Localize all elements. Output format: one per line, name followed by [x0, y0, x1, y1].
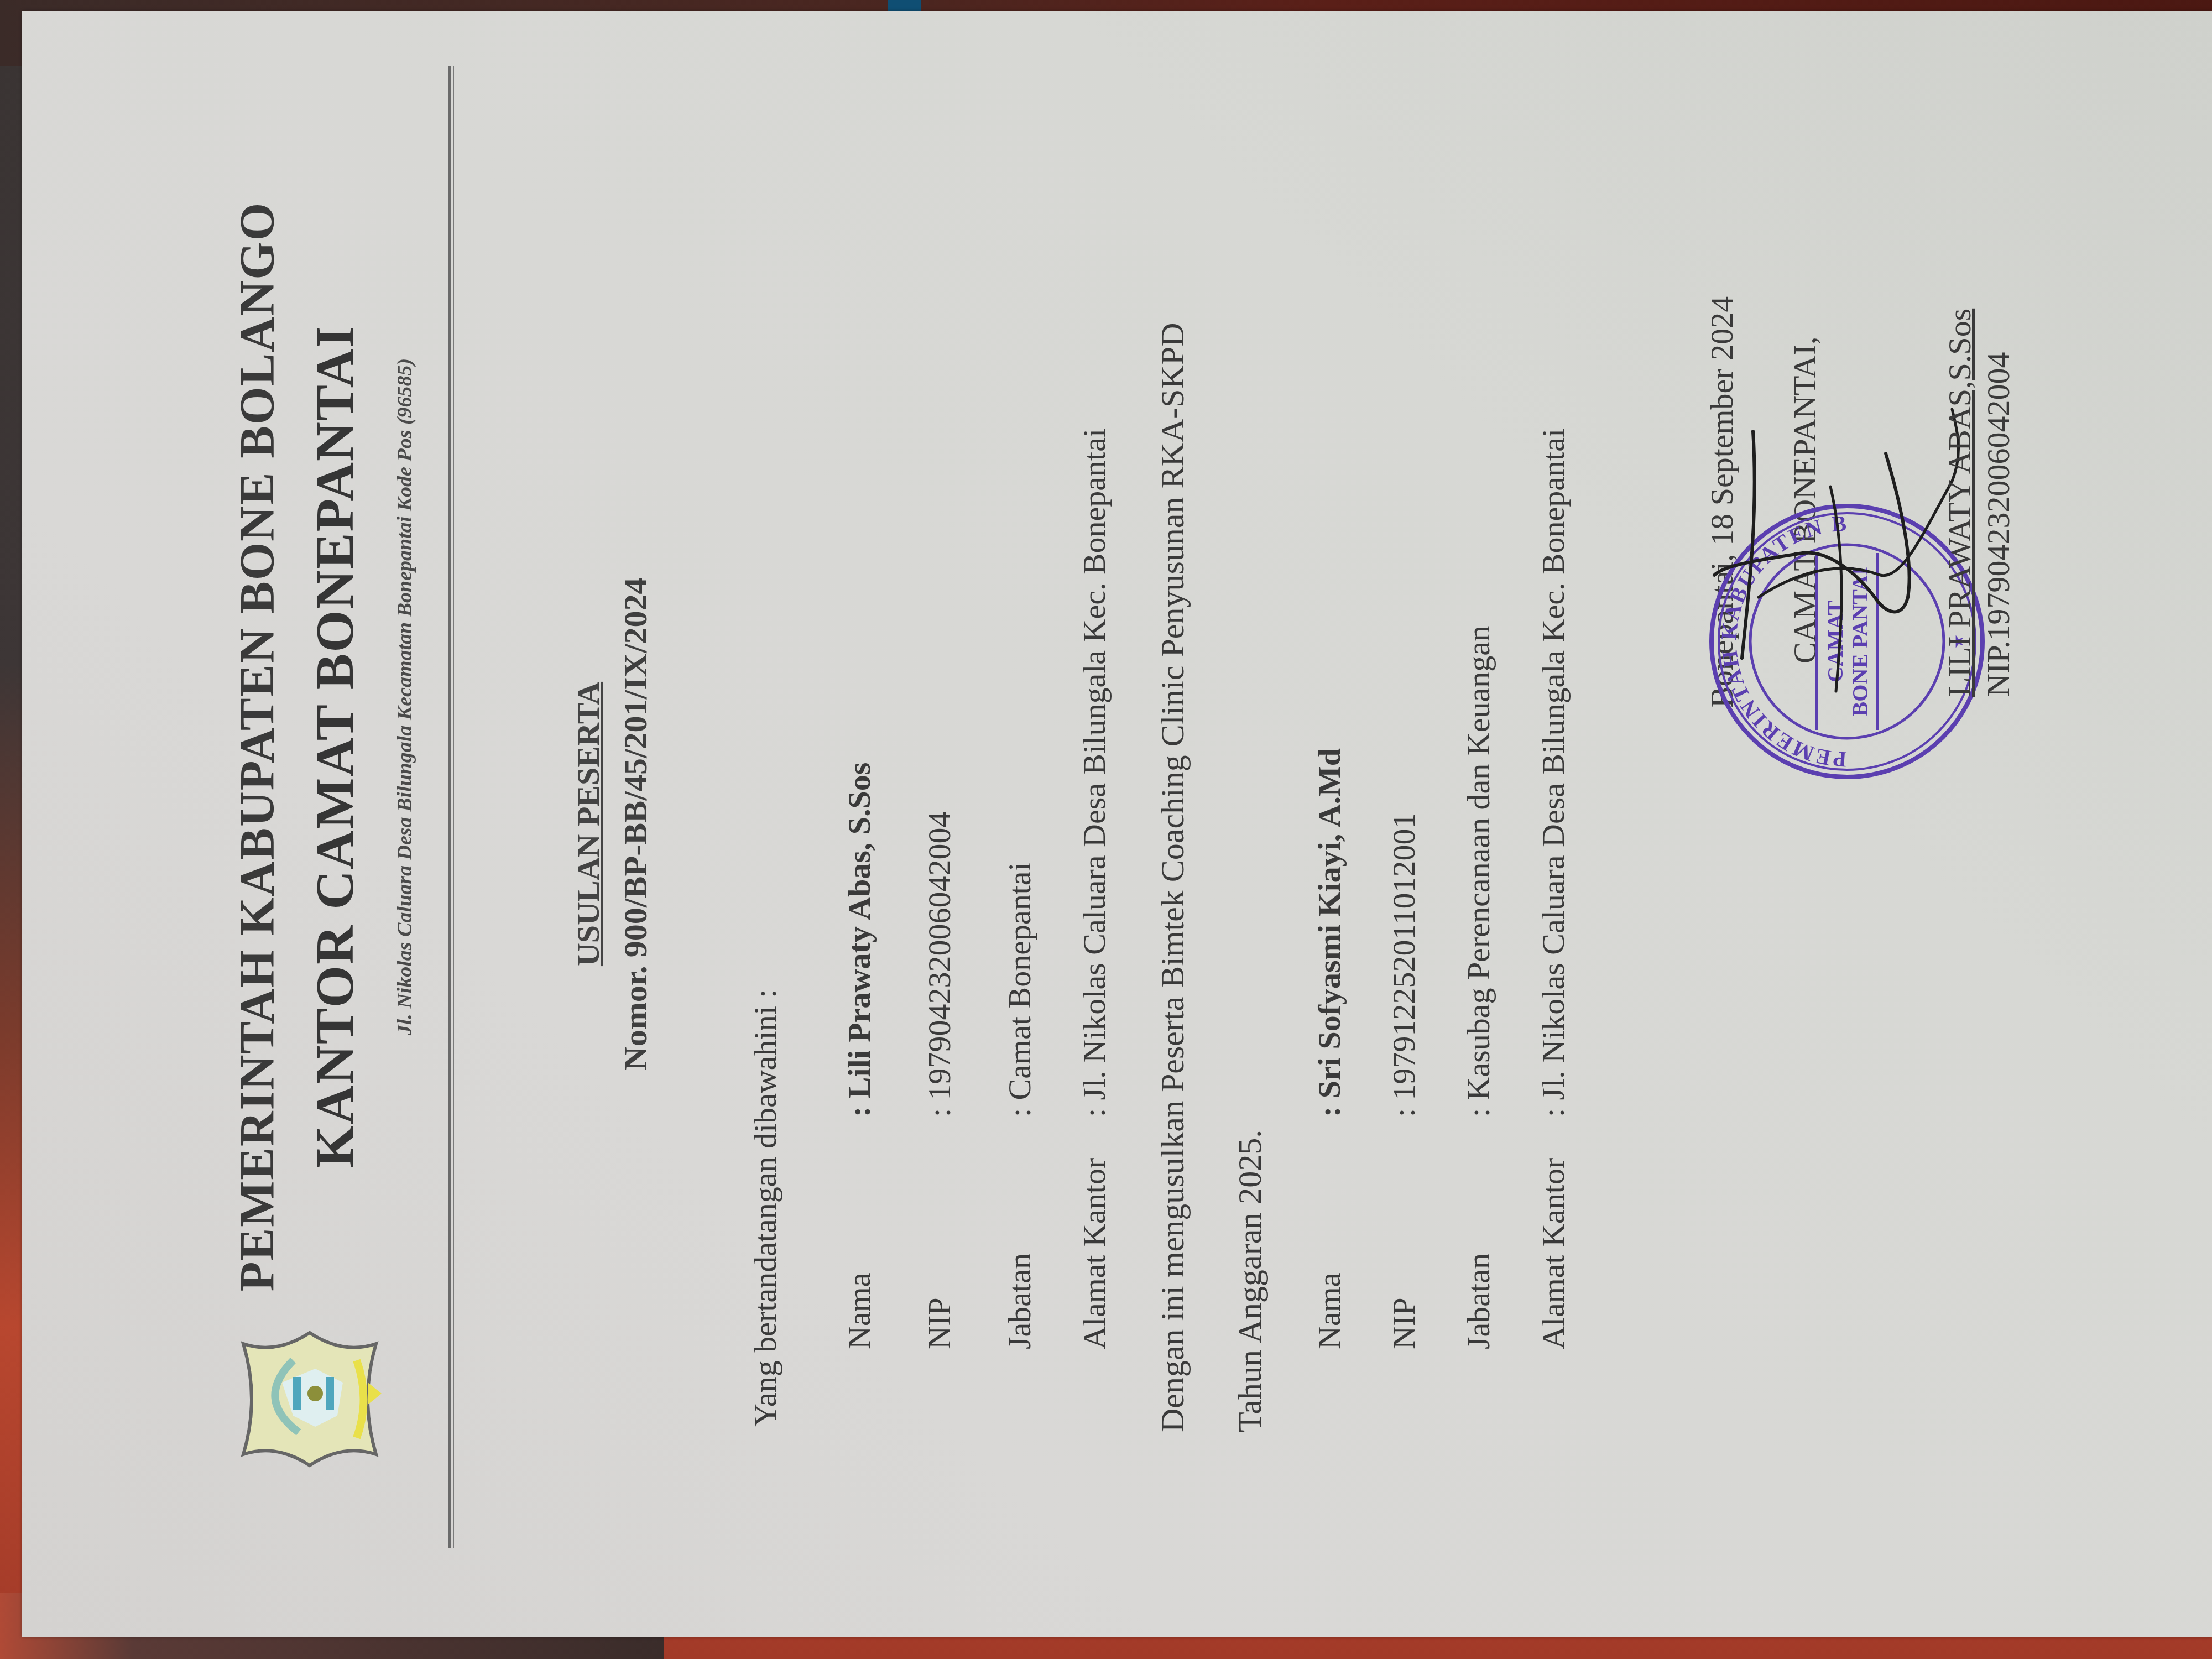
letterhead-line-office: KANTOR CAMAT BONEPANTAI — [304, 88, 366, 1405]
field-value: : Sri Sofyasmi Kiayi, A.Md — [1311, 748, 1348, 1117]
field-label: Alamat Kantor — [1076, 1117, 1113, 1349]
handwritten-signature-icon — [1692, 343, 1980, 741]
field-label: NIP — [1385, 1117, 1422, 1349]
proposal-paragraph: Dengan ini mengusulkan Peserta Bimtek Co… — [1134, 111, 1288, 1432]
signatory-nip-row: NIP : 197904232006042004 — [921, 122, 965, 1349]
field-value: : Kasubag Perencanaan dan Keuangan — [1460, 625, 1497, 1117]
participant-address-row: Alamat Kantor : Jl. Nikolas Caluara Desa… — [1535, 122, 1579, 1349]
signatory-name-row: Nama : Lili Prawaty Abas, S.Sos — [841, 122, 885, 1349]
paragraph-line-1: Dengan ini mengusulkan Peserta Bimtek Co… — [1134, 111, 1211, 1432]
field-label: Alamat Kantor — [1535, 1117, 1572, 1349]
field-label: NIP — [921, 1117, 958, 1349]
letterhead-address: Jl. Nikolas Caluara Desa Bilungala Kecam… — [393, 88, 417, 1305]
paragraph-line-2: Tahun Anggaran 2025. — [1211, 111, 1288, 1432]
field-label: Nama — [841, 1117, 878, 1349]
document-number: Nomor. 900/BP-BB/45/201/IX/2024 — [617, 11, 655, 1637]
field-value: : Camat Bonepantai — [1001, 862, 1038, 1117]
field-value: : 197912252011012001 — [1385, 813, 1422, 1117]
signer-name: LILI PRAWATY ABAS,S.Sos — [1941, 309, 1978, 697]
signatory-address-row: Alamat Kantor : Jl. Nikolas Caluara Desa… — [1076, 122, 1120, 1349]
field-label: Nama — [1311, 1117, 1348, 1349]
field-label: Jabatan — [1001, 1117, 1038, 1349]
participant-position-row: Jabatan : Kasubag Perencanaan dan Keuang… — [1460, 122, 1504, 1349]
intro-text: Yang bertandatangan dibawahini : — [747, 122, 784, 1427]
document-title: USULAN PESERTA — [570, 11, 607, 1637]
field-value: : Jl. Nikolas Caluara Desa Bilungala Kec… — [1076, 429, 1113, 1117]
letterhead: PEMERINTAH KABUPATEN BONE BOLANGO KANTOR… — [22, 11, 476, 1637]
field-label: Jabatan — [1460, 1117, 1497, 1349]
field-value: : Lili Prawaty Abas, S.Sos — [841, 763, 878, 1117]
signer-nip: NIP.197904232006042004 — [1980, 352, 2017, 697]
participant-nip-row: NIP : 197912252011012001 — [1385, 122, 1430, 1349]
letter-page: PEMERINTAH KABUPATEN BONE BOLANGO KANTOR… — [22, 11, 2212, 1637]
field-value: : Jl. Nikolas Caluara Desa Bilungala Kec… — [1535, 429, 1572, 1117]
participant-name-row: Nama : Sri Sofyasmi Kiayi, A.Md — [1311, 122, 1355, 1349]
letterhead-line-government: PEMERINTAH KABUPATEN BONE BOLANGO — [229, 88, 285, 1405]
signatory-position-row: Jabatan : Camat Bonepantai — [1001, 122, 1045, 1349]
paper-sheet-wrapper: PEMERINTAH KABUPATEN BONE BOLANGO KANTOR… — [22, 11, 2212, 1637]
field-value: : 197904232006042004 — [921, 811, 958, 1117]
letterhead-divider — [448, 66, 454, 1548]
